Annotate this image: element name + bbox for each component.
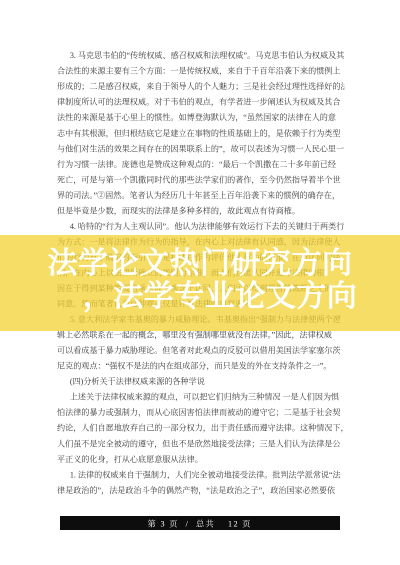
document-line: 约论，人们自愿地放弃自己的一部分权力，出于责任感而遵守法律。这种情况下， bbox=[57, 421, 345, 437]
document-line: 与他们对生活的效果之间存在的因果联系上的”，故可以表述为习惯一人民心里一 bbox=[57, 141, 345, 157]
document-line: 形成的；二是感召权威，来自于领导人的个人魅力；三是社会经过理性选择好的法 bbox=[57, 79, 345, 95]
document-line: (四)分析关于法律权威来源的各种学说 bbox=[57, 374, 345, 390]
document-line: 死亡，可是与第一个凯撒同时代的那些法学家们的著作，至今仍然指导着半个世 bbox=[57, 172, 345, 188]
document-line: 律制度所认可的法理权威。对于韦伯的观点，有学者进一步阐述认为权威及其合 bbox=[57, 95, 345, 111]
document-line: 合法性的来源主要有三个方面：一是传统权威，来自于千百年沿袭下来的惯例上 bbox=[57, 64, 345, 80]
watermark-line-1: 法学论文热门研究方向 bbox=[0, 247, 400, 280]
document-line: 4. 哈特的“行为人主观认同”。他认为法律能够有效运行下去的关键归于两类行 bbox=[57, 219, 345, 235]
document-line: 怕法律的暴力或强制力，而从心底因害怕法律而被动的遵守它；二是基于社会契 bbox=[57, 405, 345, 421]
watermark-text: 法学论文热门研究方向 ，法学专业论文方向 bbox=[0, 247, 400, 313]
document-line: 可以看成基于暴力威胁理论。但笔者对此观点的反驳可以借用美国法学家塞尔茨 bbox=[57, 343, 345, 359]
document-line: 平正义的化身，打从心底愿意服从法律。 bbox=[57, 452, 345, 468]
document-line: 3. 马克思韦伯的“传统权威、感召权威和法理权威”。马克思韦伯认为权威及其 bbox=[57, 48, 345, 64]
document-line: 律是政治的”，法是政治斗争的偶然产物，“法是政治之子”，政治国家必然要依 bbox=[57, 483, 345, 499]
watermark-line-2: ，法学专业论文方向 bbox=[20, 280, 400, 313]
page-number-label: 第 3 页 / 总共 12 页 bbox=[148, 517, 252, 529]
document-line: 人们虽不是完全被动的遵守，但也不是欣然地接受法律；三是人们认为法律是公 bbox=[57, 436, 345, 452]
document-line: 但是毕竟是少数，而现实的法律是多种多样的，故此观点有待商榷。 bbox=[57, 203, 345, 219]
document-line: 1. 法律的权威来自于强制力，人们完全被动地接受法律。批判法学派常说“法 bbox=[57, 467, 345, 483]
document-line: 界的司法。”②固然。笔者认为经历几十年甚至上百年沿袭下来的惯例的确存在， bbox=[57, 188, 345, 204]
document-line: 上述关于法律权威来源的观点，可以把它们归纳为三种情况 一是人们因为惧 bbox=[57, 390, 345, 406]
document-line: 法性的来源是基于心里上的惯性。如博登海默认为，“虽然国家的法律在人的意 bbox=[57, 110, 345, 126]
document-line: 志中有其根源，但归根结底它是建立在事物的性质基础上的，是依赖于行为类型 bbox=[57, 126, 345, 142]
document-line: 行为习惯一法律。庞德也是赞成这种观点的：“最后一个凯撒在二十多年前已经 bbox=[57, 157, 345, 173]
document-page: 3. 马克思韦伯的“传统权威、感召权威和法理权威”。马克思韦伯认为权威及其合法性… bbox=[0, 0, 400, 565]
document-line: 尼克的观点：“强权不是法的内在组成部分，而只是发的外在支持条件之一”。 bbox=[57, 359, 345, 375]
page-footer-bar: 第 3 页 / 总共 12 页 bbox=[60, 516, 340, 530]
